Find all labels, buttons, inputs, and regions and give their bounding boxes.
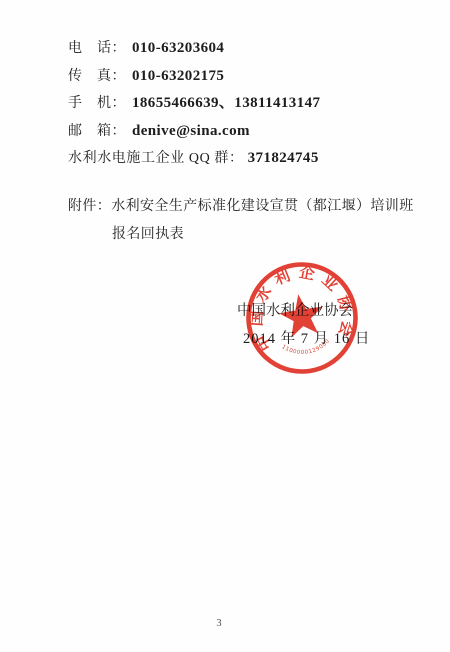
contact-row-mobile: 手 机：18655466639、13811413147 [68, 90, 408, 118]
attachment-line1: 附件：水利安全生产标准化建设宣贯（都江堰）培训班 [68, 193, 418, 221]
qq-group-label: 水利水电施工企业 QQ 群： [68, 151, 244, 166]
signature-date: 2014 年 7 月 16 日 [243, 327, 370, 348]
contact-row-fax: 传 真：010-63202175 [68, 63, 408, 91]
phone-value: 010-63203604 [132, 40, 224, 56]
qq-group-value: 371824745 [248, 150, 319, 166]
attachment-line2: 报名回执表 [68, 221, 418, 249]
attachment-block: 附件：水利安全生产标准化建设宣贯（都江堰）培训班 报名回执表 [68, 193, 418, 248]
document-page: 电 话：010-63203604 传 真：010-63202175 手 机：18… [0, 0, 450, 652]
contact-row-qq: 水利水电施工企业 QQ 群：371824745 [68, 145, 408, 173]
mobile-value: 18655466639、13811413147 [132, 95, 320, 111]
contact-block: 电 话：010-63203604 传 真：010-63202175 手 机：18… [68, 35, 408, 173]
page-number: 3 [0, 618, 438, 629]
contact-row-phone: 电 话：010-63203604 [68, 35, 408, 63]
attachment-title: 水利安全生产标准化建设宣贯（都江堰）培训班 [111, 199, 413, 214]
fax-value: 010-63202175 [132, 68, 224, 84]
attachment-label: 附件： [68, 199, 111, 214]
email-value: denive@sina.com [132, 123, 250, 139]
contact-row-email: 邮 箱：denive@sina.com [68, 118, 408, 146]
email-label: 邮 箱： [68, 118, 126, 146]
signature-org-name: 中国水利企业协会 [237, 299, 353, 320]
phone-label: 电 话： [68, 35, 126, 63]
mobile-label: 手 机： [68, 90, 126, 118]
fax-label: 传 真： [68, 63, 126, 91]
